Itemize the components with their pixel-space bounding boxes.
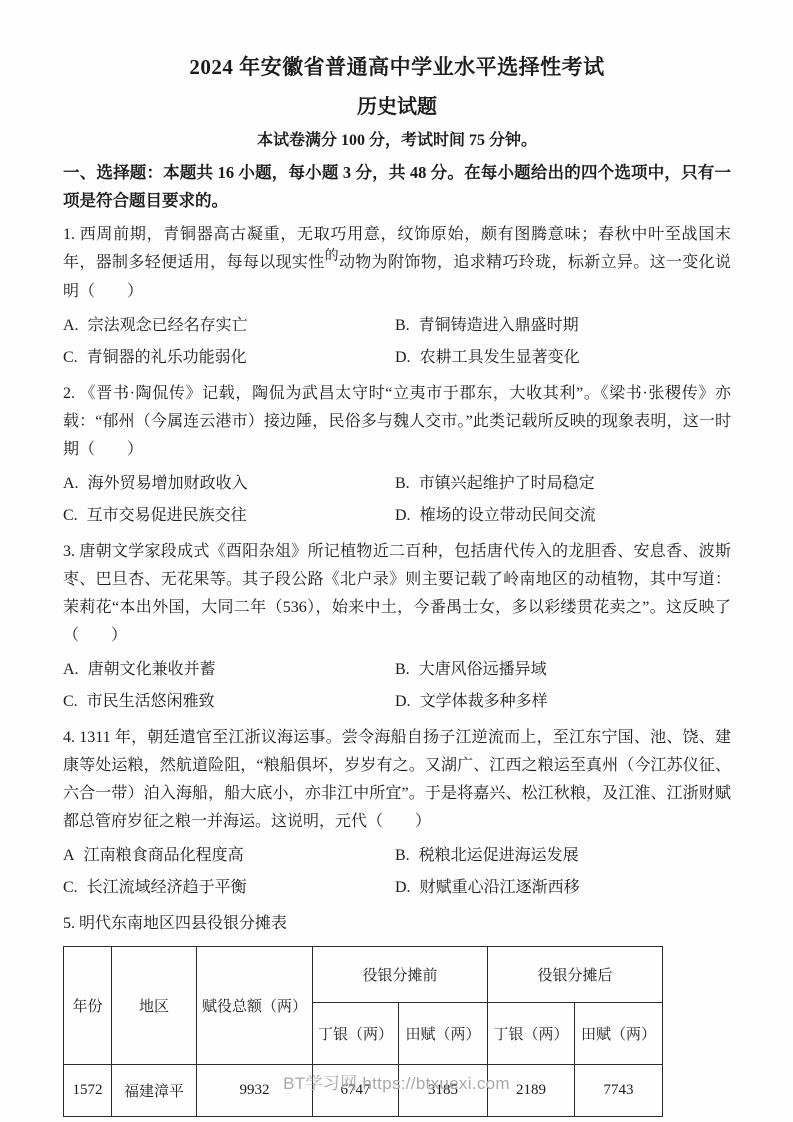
page-title: 2024 年安徽省普通高中学业水平选择性考试 — [63, 54, 731, 81]
option-text: 宗法观念已经名存实亡 — [88, 317, 248, 334]
option-b: B.青铜铸造进入鼎盛时期 — [395, 310, 731, 342]
question-stem: 5. 明代东南地区四县役银分摊表 — [63, 910, 731, 938]
question-2: 2. 《晋书·陶侃传》记载，陶侃为武昌太守时“立夷市于郡东，大收其利”。《梁书·… — [63, 380, 731, 532]
option-a: A江南粮食商品化程度高 — [63, 840, 395, 872]
option-b: B.大唐风俗远播异域 — [395, 654, 731, 686]
question-stem: 1. 西周前期，青铜器高古凝重，无取巧用意，纹饰原始，颇有图腾意味；春秋中叶至战… — [63, 221, 731, 306]
option-row: C.长江流域经济趋于平衡 D.财赋重心沿江逐渐西移 — [63, 872, 731, 904]
option-text: 大唐风俗远播异域 — [419, 661, 547, 678]
table-header-after: 役银分摊后 — [488, 947, 663, 1003]
question-stem: 4. 1311 年，朝廷遣官至江浙议海运事。尝令海船自扬子江逆流而上，至江东宁国… — [63, 724, 731, 836]
option-row: C.市民生活悠闲雅致 D.文学体裁多种多样 — [63, 686, 731, 718]
option-label: D. — [395, 879, 411, 896]
table-header-ding-after: 丁银（两） — [488, 1003, 575, 1065]
option-c: C.互市交易促进民族交往 — [63, 500, 395, 532]
option-d: D.文学体裁多种多样 — [395, 686, 731, 718]
option-text: 市民生活悠闲雅致 — [87, 693, 215, 710]
option-label: A. — [63, 661, 79, 678]
option-b: B.税粮北运促进海运发展 — [395, 840, 731, 872]
option-c: C.长江流域经济趋于平衡 — [63, 872, 395, 904]
option-row: C.青铜器的礼乐功能弱化 D.农耕工具发生显著变化 — [63, 342, 731, 374]
exam-info: 本试卷满分 100 分，考试时间 75 分钟。 — [63, 130, 731, 151]
superscript-char: 的 — [325, 249, 339, 264]
table-header-year: 年份 — [64, 947, 112, 1065]
option-label: C. — [63, 879, 78, 896]
option-label: D. — [395, 507, 411, 524]
exam-paper-page: 2024 年安徽省普通高中学业水平选择性考试 历史试题 本试卷满分 100 分，… — [0, 0, 793, 1122]
option-text: 唐朝文化兼收并蓄 — [88, 661, 216, 678]
table-header-tian-after: 田赋（两） — [575, 1003, 663, 1065]
option-label: A. — [63, 317, 79, 334]
option-text: 榷场的设立带动民间交流 — [420, 507, 596, 524]
table-header-tian-before: 田赋（两） — [399, 1003, 488, 1065]
question-3: 3. 唐朝文学家段成式《酉阳杂俎》所记植物近二百种，包括唐代传入的龙胆香、安息香… — [63, 538, 731, 718]
option-row: A.海外贸易增加财政收入 B.市镇兴起维护了时局稳定 — [63, 468, 731, 500]
table-header-region: 地区 — [112, 947, 197, 1065]
question-stem: 3. 唐朝文学家段成式《酉阳杂俎》所记植物近二百种，包括唐代传入的龙胆香、安息香… — [63, 538, 731, 650]
section-instruction: 一、选择题：本题共 16 小题，每小题 3 分，共 48 分。在每小题给出的四个… — [63, 159, 731, 215]
question-stem: 2. 《晋书·陶侃传》记载，陶侃为武昌太守时“立夷市于郡东，大收其利”。《梁书·… — [63, 380, 731, 464]
options-grid: A江南粮食商品化程度高 B.税粮北运促进海运发展 C.长江流域经济趋于平衡 D.… — [63, 840, 731, 904]
option-text: 财赋重心沿江逐渐西移 — [420, 879, 580, 896]
option-b: B.市镇兴起维护了时局稳定 — [395, 468, 731, 500]
option-row: A.宗法观念已经名存实亡 B.青铜铸造进入鼎盛时期 — [63, 310, 731, 342]
option-text: 海外贸易增加财政收入 — [88, 475, 248, 492]
option-d: D.榷场的设立带动民间交流 — [395, 500, 731, 532]
option-label: A — [63, 847, 75, 864]
option-row: A江南粮食商品化程度高 B.税粮北运促进海运发展 — [63, 840, 731, 872]
question-4: 4. 1311 年，朝廷遣官至江浙议海运事。尝令海船自扬子江逆流而上，至江东宁国… — [63, 724, 731, 904]
table-header-before: 役银分摊前 — [313, 947, 488, 1003]
option-text: 文学体裁多种多样 — [420, 693, 548, 710]
option-text: 江南粮食商品化程度高 — [84, 847, 244, 864]
option-c: C.青铜器的礼乐功能弱化 — [63, 342, 395, 374]
option-label: C. — [63, 693, 78, 710]
option-label: B. — [395, 661, 410, 678]
option-text: 青铜器的礼乐功能弱化 — [87, 349, 247, 366]
page-content: 2024 年安徽省普通高中学业水平选择性考试 历史试题 本试卷满分 100 分，… — [0, 0, 793, 1117]
option-text: 长江流域经济趋于平衡 — [87, 879, 247, 896]
option-label: B. — [395, 317, 410, 334]
option-label: D. — [395, 693, 411, 710]
option-a: A.唐朝文化兼收并蓄 — [63, 654, 395, 686]
option-text: 互市交易促进民族交往 — [87, 507, 247, 524]
table-header-total: 赋役总额（两） — [197, 947, 313, 1065]
watermark: BT学习网 https://btxuexi.com — [0, 1069, 793, 1094]
option-label: C. — [63, 507, 78, 524]
option-row: A.唐朝文化兼收并蓄 B.大唐风俗远播异域 — [63, 654, 731, 686]
option-label: A. — [63, 475, 79, 492]
option-text: 市镇兴起维护了时局稳定 — [419, 475, 595, 492]
option-label: D. — [395, 349, 411, 366]
options-grid: A.唐朝文化兼收并蓄 B.大唐风俗远播异域 C.市民生活悠闲雅致 D.文学体裁多… — [63, 654, 731, 718]
options-grid: A.宗法观念已经名存实亡 B.青铜铸造进入鼎盛时期 C.青铜器的礼乐功能弱化 D… — [63, 310, 731, 374]
option-label: B. — [395, 847, 410, 864]
option-c: C.市民生活悠闲雅致 — [63, 686, 395, 718]
option-label: C. — [63, 349, 78, 366]
option-label: B. — [395, 475, 410, 492]
question-1: 1. 西周前期，青铜器高古凝重，无取巧用意，纹饰原始，颇有图腾意味；春秋中叶至战… — [63, 221, 731, 374]
option-a: A.海外贸易增加财政收入 — [63, 468, 395, 500]
options-grid: A.海外贸易增加财政收入 B.市镇兴起维护了时局稳定 C.互市交易促进民族交往 … — [63, 468, 731, 532]
option-d: D.农耕工具发生显著变化 — [395, 342, 731, 374]
option-text: 税粮北运促进海运发展 — [419, 847, 579, 864]
option-a: A.宗法观念已经名存实亡 — [63, 310, 395, 342]
option-d: D.财赋重心沿江逐渐西移 — [395, 872, 731, 904]
option-row: C.互市交易促进民族交往 D.榷场的设立带动民间交流 — [63, 500, 731, 532]
document-subtitle: 历史试题 — [63, 94, 731, 120]
table-header-ding-before: 丁银（两） — [313, 1003, 399, 1065]
option-text: 青铜铸造进入鼎盛时期 — [419, 317, 579, 334]
option-text: 农耕工具发生显著变化 — [420, 349, 580, 366]
